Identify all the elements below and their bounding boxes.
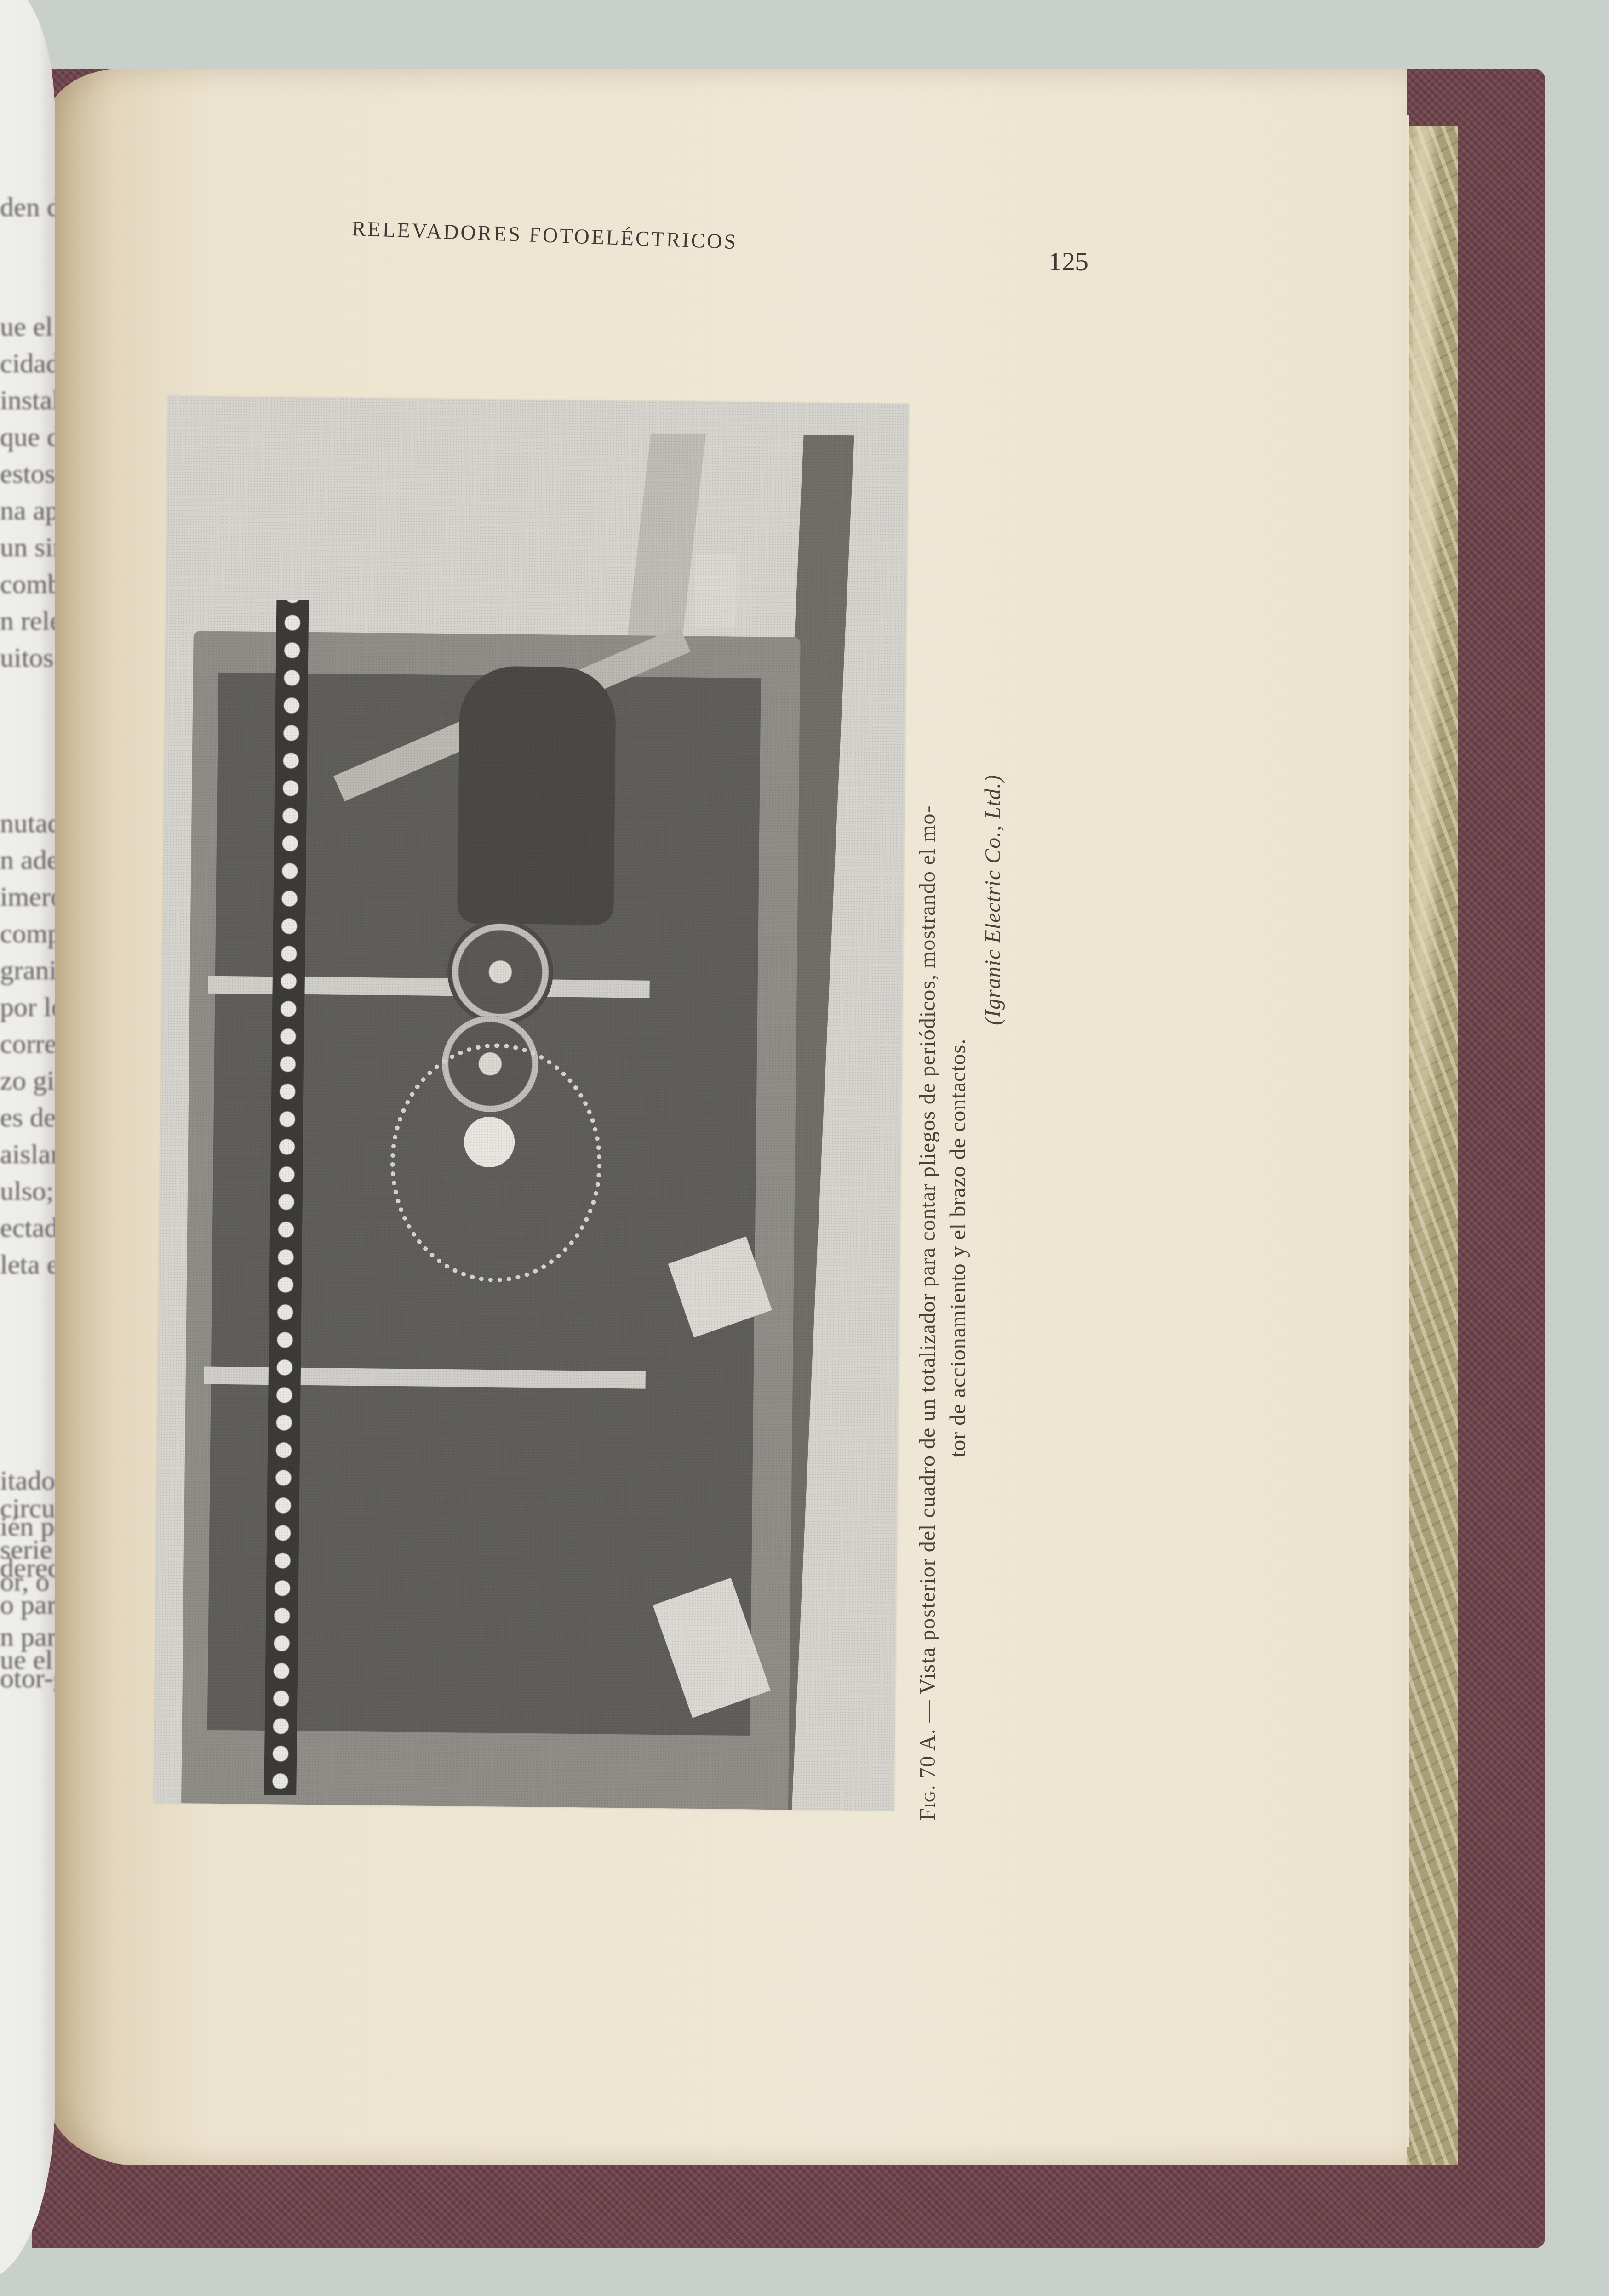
left-page-line: itado, ha [0,1467,55,1494]
left-page-line: instalaci [0,386,55,414]
left-page-line: granic, que [0,956,55,984]
left-page-line: zo girat [0,1067,55,1094]
caption-line-2: tor de accionamiento y el brazo de conta… [943,395,973,1821]
left-page-line: otor-gene [0,1664,55,1692]
left-page-line: correspon [0,1030,55,1057]
left-page-line: aislante [0,1140,55,1168]
photo-bracket-block [695,554,737,628]
caption-line-1: Vista posterior del cuadro de un totaliz… [916,805,940,1694]
figure-label: Fig. 70 A. [916,1728,940,1821]
photo-contact-arm-hub [464,1116,515,1167]
figure-photo [154,396,909,1811]
left-page-line: o para [0,1591,55,1618]
left-page-curl: den de la ue el con cidad ma instalaci q… [0,0,55,2280]
left-page-line: combina [0,570,55,598]
left-page-line: ue el con [0,313,55,340]
left-page-line: comprend [0,920,55,947]
left-page-line: estos con [0,460,55,487]
left-page-line: n relevado [0,607,55,634]
left-page-line: cidad ma [0,349,55,377]
left-page-line: ulso; y [0,1177,55,1205]
marbled-endpaper [1407,126,1458,2165]
figure-caption: Fig. 70 A. — Vista posterior del cuadro … [913,395,1008,1821]
caption-dash: — [916,1694,940,1728]
left-page-line: uitos telé [0,644,55,671]
left-page-line: n adecua [0,846,55,874]
photo-gear-wheel [447,919,554,1025]
left-page-line: nutadores [0,809,55,837]
left-page-line: que debe [0,423,55,451]
page-number: 125 [1048,246,1088,277]
photo-drive-motor [457,666,616,925]
left-page-line: imero de [0,883,55,910]
left-page-line: den de la [0,193,55,221]
left-page-line: ectado a [0,1214,55,1241]
left-page-line: un simple [0,533,55,561]
left-page-line: es de con [0,1103,55,1131]
left-page-line: leta el [0,1251,55,1278]
left-page-line: na apropi [0,497,55,524]
left-page-line: por los [0,993,55,1021]
caption-credit: (Igranic Electric Co., Ltd.) [978,395,1008,1821]
